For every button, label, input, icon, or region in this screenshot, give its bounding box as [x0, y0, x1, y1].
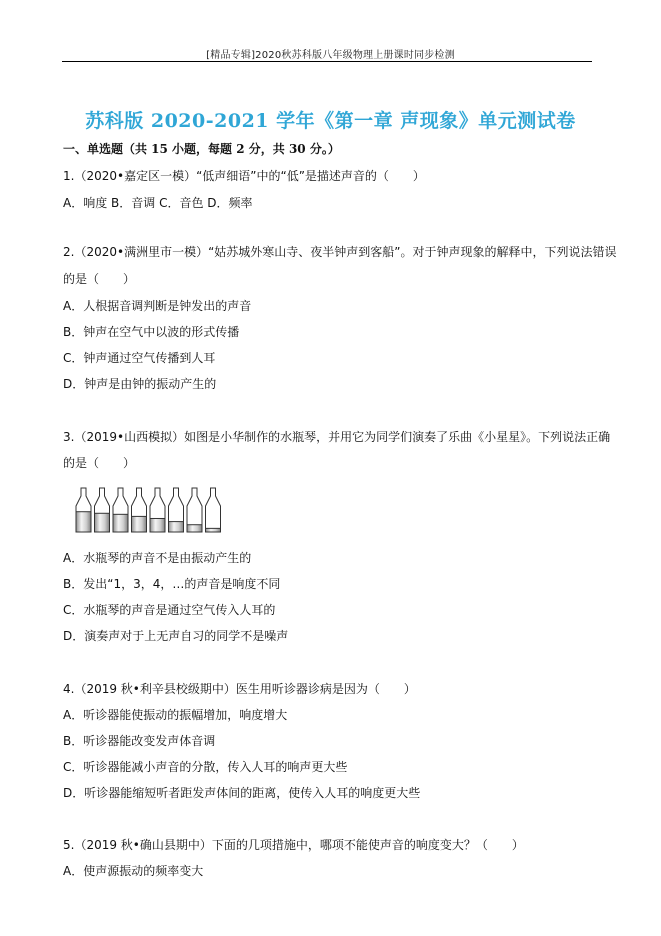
question-3-stem-line-2: 的是（ ）: [63, 454, 135, 471]
question-4-option-a: A．听诊器能使振动的振幅增加，响度增大: [63, 706, 287, 723]
question-1-stem: 1.（2020•嘉定区一模）“低声细语”中的“低”是描述声音的（ ）: [63, 167, 425, 184]
question-2-option-b: B．钟声在空气中以波的形式传播: [63, 323, 239, 340]
question-5-option-a: A．使声源振动的频率变大: [63, 862, 203, 879]
section-heading: 一、单选题（共 15 小题，每题 2 分，共 30 分。）: [63, 140, 340, 157]
question-5-stem: 5.（2019 秋•确山县期中）下面的几项措施中，哪项不能使声音的响度变大？（ …: [63, 836, 524, 853]
question-4-option-c: C．听诊器能减小声音的分散，传入人耳的响声更大些: [63, 758, 347, 775]
question-3-option-d: D．演奏声对于上无声自习的同学不是噪声: [63, 627, 288, 644]
question-3-option-c: C．水瓶琴的声音是通过空气传入人耳的: [63, 601, 275, 618]
question-4-stem: 4.（2019 秋•利辛县校级期中）医生用听诊器诊病是因为（ ）: [63, 680, 416, 697]
water-bottle-xylophone-figure: [74, 486, 224, 538]
question-2-option-a: A．人根据音调判断是钟发出的声音: [63, 297, 251, 314]
question-3-option-a: A．水瓶琴的声音不是由振动产生的: [63, 549, 251, 566]
question-3-option-b: B．发出“1，3，4，…的声音是响度不同: [63, 575, 280, 592]
question-2-option-d: D．钟声是由钟的振动产生的: [63, 375, 216, 392]
question-2-stem-line-1: 2.（2020•满洲里市一模）“姑苏城外寒山寺、夜半钟声到客船”。对于钟声现象的…: [63, 243, 617, 260]
question-2-stem-line-2: 的是（ ）: [63, 270, 135, 287]
header-divider: [62, 61, 592, 62]
page-header: [精品专辑]2020秋苏科版八年级物理上册课时同步检测: [0, 46, 661, 61]
question-1-options: A．响度 B．音调 C．音色 D．频率: [63, 194, 253, 211]
question-3-stem-line-1: 3.（2019•山西模拟）如图是小华制作的水瓶琴，并用它为同学们演奏了乐曲《小星…: [63, 428, 610, 445]
document-title: 苏科版 2020-2021 学年《第一章 声现象》单元测试卷: [0, 106, 661, 133]
question-4-option-d: D．听诊器能缩短听者距发声体间的距离，使传入人耳的响度更大些: [63, 784, 420, 801]
question-4-option-b: B．听诊器能改变发声体音调: [63, 732, 215, 749]
question-2-option-c: C．钟声通过空气传播到人耳: [63, 349, 215, 366]
